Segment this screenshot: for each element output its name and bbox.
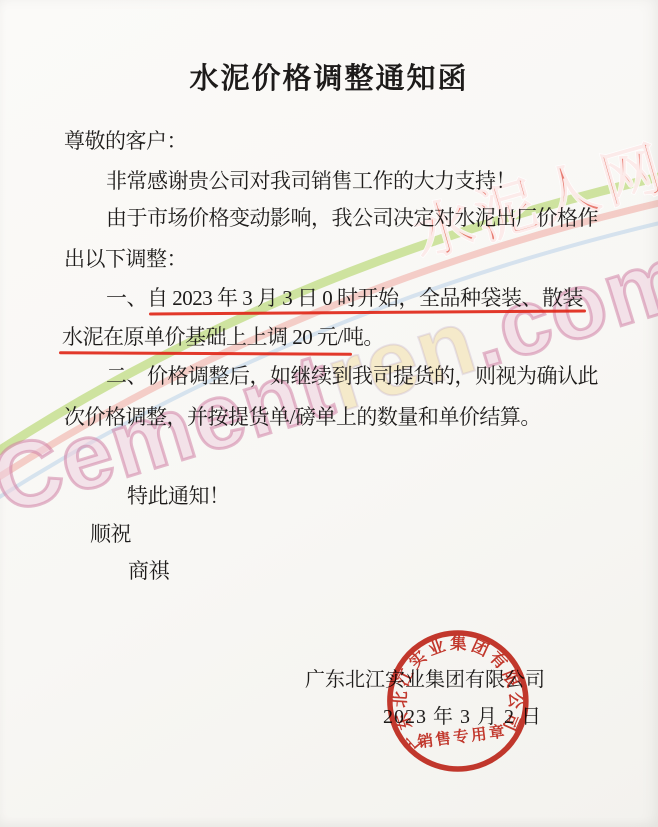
red-underline-item1-line2 (59, 351, 352, 356)
watermark-cjk-text: 水泥人网 (402, 120, 658, 274)
wish-line-1: 顺祝 (90, 522, 131, 547)
company-seal: 广东北江实业集团有限公司 销售专用章 (372, 618, 544, 794)
document-title: 水泥价格调整通知函 (0, 56, 658, 97)
salutation-line: 尊敬的客户： (64, 129, 187, 154)
adjustment-item2-line1: 二、价格调整后，如继续到我司提货的，则视为确认此 (106, 364, 598, 389)
adjustment-item2-line2: 次价格调整，并按提货单/磅单上的数量和单价结算。 (64, 405, 541, 430)
thanks-line: 非常感谢贵公司对我司销售工作的大力支持！ (106, 169, 516, 194)
seal-bottom-text: 销售专用章 (416, 721, 508, 751)
closing-line: 特此通知！ (127, 484, 230, 509)
reason-line-1: 由于市场价格变动影响，我公司决定对水泥出厂价格作 (106, 206, 598, 231)
adjustment-item1-line1: 一、自 2023 年 3 月 3 日 0 时开始，全品种袋装、散装 (106, 286, 583, 311)
adjustment-item1-line2: 水泥在原单价基础上上调 20 元/吨。 (62, 325, 384, 350)
scanned-letter-page: Cementren.com 水泥人网 水泥价格调整通知函 尊敬的客户： 非常感谢… (0, 0, 658, 827)
wish-line-2: 商祺 (128, 559, 169, 584)
reason-line-2: 出以下调整： (64, 247, 187, 272)
